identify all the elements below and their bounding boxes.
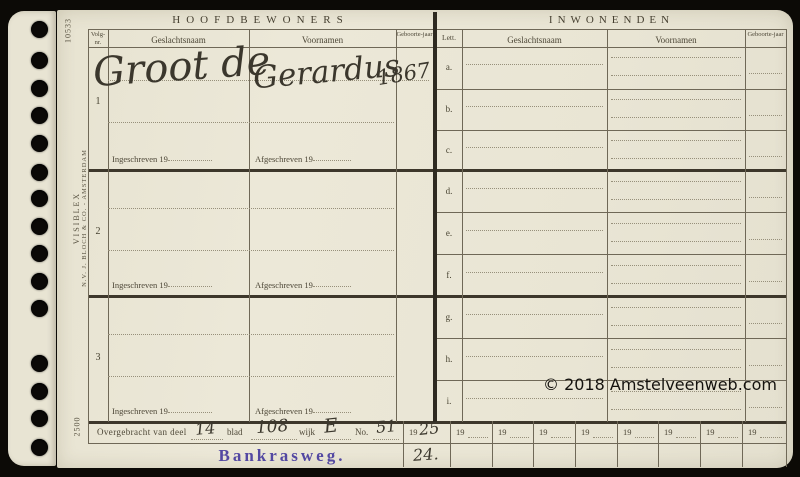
- year-cell-label: 19: [409, 427, 418, 437]
- row-number: 2: [88, 226, 108, 237]
- punch-hole: [31, 355, 48, 372]
- dotted-rule: [749, 365, 782, 366]
- dotted-rule: [108, 208, 394, 209]
- lodger-letter: i.: [436, 396, 462, 406]
- col-header-voornamen: Voornamen: [249, 35, 396, 45]
- lodger-letter: b.: [436, 104, 462, 114]
- grid-line: [492, 421, 493, 467]
- dotted-rule: [313, 286, 351, 287]
- lodger-letter: g.: [436, 312, 462, 322]
- punch-hole: [31, 300, 48, 317]
- dotted-rule: [168, 412, 212, 413]
- ingeschreven-text: Ingeschreven 19: [112, 280, 168, 290]
- grid-line: [403, 421, 404, 467]
- dotted-rule: [108, 122, 394, 123]
- lodger-letter: f.: [436, 270, 462, 280]
- copyright-watermark: © 2018 Amstelveenweb.com: [543, 375, 777, 394]
- dotted-rule: [108, 250, 394, 251]
- lodger-letter: a.: [436, 62, 462, 72]
- grid-line: [433, 338, 786, 339]
- dotted-rule: [611, 117, 741, 118]
- dotted-rule: [611, 307, 741, 308]
- grid-line: [88, 29, 786, 30]
- punch-hole: [31, 52, 48, 69]
- registration-card: 10533 VISIBLEX N.V. J. BLOCH & CO. - AMS…: [57, 10, 793, 468]
- grid-line: [88, 169, 786, 172]
- row-number: 3: [88, 352, 108, 363]
- dotted-rule: [611, 199, 741, 200]
- dotted-rule: [319, 439, 351, 440]
- transfer-label-no: No.: [355, 427, 368, 437]
- grid-line: [396, 29, 397, 422]
- dotted-rule: [168, 160, 212, 161]
- dotted-rule: [611, 409, 741, 410]
- col-header-volgnr: Volg-nr.: [88, 31, 108, 46]
- lodger-letter: d.: [436, 186, 462, 196]
- dotted-rule: [749, 73, 782, 74]
- dotted-rule: [718, 437, 738, 438]
- grid-line: [700, 421, 701, 467]
- printer-imprint: VISIBLEX N.V. J. BLOCH & CO. - AMSTERDAM: [72, 133, 88, 303]
- serial-number: 10533: [64, 6, 73, 56]
- afgeschreven-text: Afgeschreven 19: [255, 406, 313, 416]
- dotted-rule: [466, 230, 603, 231]
- dotted-rule: [611, 158, 741, 159]
- dotted-rule: [611, 265, 741, 266]
- handwritten-deel: 14: [194, 418, 216, 439]
- dotted-rule: [611, 75, 741, 76]
- year-cell-label: 19: [706, 427, 715, 437]
- dotted-rule: [373, 439, 399, 440]
- dotted-rule: [760, 437, 782, 438]
- dotted-rule: [466, 106, 603, 107]
- dotted-rule: [611, 223, 741, 224]
- dotted-rule: [108, 334, 394, 335]
- printer-name: N.V. J. BLOCH & CO. - AMSTERDAM: [81, 133, 88, 303]
- grid-line: [658, 421, 659, 467]
- dotted-rule: [466, 356, 603, 357]
- dotted-rule: [466, 147, 603, 148]
- dotted-rule: [749, 115, 782, 116]
- punch-hole: [31, 439, 48, 456]
- section-title-inwonenden: INWONENDEN: [437, 14, 786, 26]
- dotted-rule: [749, 156, 782, 157]
- print-run-number: 2500: [73, 407, 82, 447]
- afgeschreven-label: Afgeschreven 19: [255, 280, 351, 290]
- year-cell-label: 19: [539, 427, 548, 437]
- dotted-rule: [466, 64, 603, 65]
- binder-strip: [8, 11, 56, 466]
- dotted-rule: [676, 437, 696, 438]
- punch-hole: [31, 245, 48, 262]
- year-cell-label: 19: [581, 427, 590, 437]
- afgeschreven-text: Afgeschreven 19: [255, 154, 313, 164]
- ingeschreven-label: Ingeschreven 19: [112, 280, 212, 290]
- grid-line: [433, 212, 786, 213]
- afgeschreven-label: Afgeschreven 19: [255, 154, 351, 164]
- dotted-rule: [611, 349, 741, 350]
- dotted-rule: [635, 437, 654, 438]
- grid-line: [533, 421, 534, 467]
- grid-line: [742, 421, 743, 467]
- dotted-rule: [749, 239, 782, 240]
- printer-brand: VISIBLEX: [72, 133, 81, 303]
- punch-hole: [31, 164, 48, 181]
- lodger-letter: e.: [436, 228, 462, 238]
- dotted-rule: [466, 314, 603, 315]
- grid-line: [786, 29, 787, 467]
- dotted-rule: [108, 376, 394, 377]
- handwritten-year-24: 24.: [412, 444, 439, 465]
- year-cell-label: 19: [664, 427, 673, 437]
- grid-line: [433, 130, 786, 131]
- section-title-hoofdbewoners: HOOFDBEWONERS: [88, 14, 433, 26]
- afgeschreven-text: Afgeschreven 19: [255, 280, 313, 290]
- punch-hole: [31, 190, 48, 207]
- grid-line: [433, 89, 786, 90]
- dotted-rule: [313, 412, 351, 413]
- dotted-rule: [749, 281, 782, 282]
- scanned-register-card: 10533 VISIBLEX N.V. J. BLOCH & CO. - AMS…: [0, 0, 800, 477]
- dotted-rule: [611, 99, 741, 100]
- year-cell-label: 19: [456, 427, 465, 437]
- year-cell-label: 19: [498, 427, 507, 437]
- handwritten-wijk: E: [323, 414, 339, 437]
- dotted-rule: [466, 398, 603, 399]
- ingeschreven-label: Ingeschreven 19: [112, 406, 212, 416]
- ingeschreven-text: Ingeschreven 19: [112, 406, 168, 416]
- handwritten-blad: 108: [255, 416, 289, 438]
- dotted-rule: [611, 140, 741, 141]
- handwritten-year-25: 25: [418, 418, 440, 439]
- dotted-rule: [466, 188, 603, 189]
- punch-hole: [31, 383, 48, 400]
- dotted-rule: [466, 272, 603, 273]
- dotted-rule: [611, 367, 741, 368]
- punch-hole: [31, 107, 48, 124]
- dotted-rule: [468, 437, 488, 438]
- col-header-geboortejaar: Geboorte-jaar: [396, 31, 433, 39]
- dotted-rule: [593, 437, 613, 438]
- punch-hole: [31, 273, 48, 290]
- dotted-rule: [611, 57, 741, 58]
- dotted-rule: [551, 437, 571, 438]
- transfer-label-deel: Overgebracht van deel: [97, 427, 187, 437]
- col-header-geboortejaar-2: Geboorte-jaar: [745, 31, 786, 39]
- grid-line: [433, 254, 786, 255]
- dotted-rule: [611, 241, 741, 242]
- dotted-rule: [611, 325, 741, 326]
- dotted-rule: [251, 439, 297, 440]
- dotted-rule: [191, 439, 223, 440]
- dotted-rule: [611, 181, 741, 182]
- dotted-rule: [611, 283, 741, 284]
- ingeschreven-label: Ingeschreven 19: [112, 154, 212, 164]
- grid-line: [462, 29, 463, 422]
- dotted-rule: [749, 323, 782, 324]
- dotted-rule: [749, 197, 782, 198]
- punch-hole: [31, 80, 48, 97]
- lodger-letter: c.: [436, 145, 462, 155]
- grid-line: [575, 421, 576, 467]
- col-header-geslachtsnaam-2: Geslachtsnaam: [462, 35, 607, 45]
- year-cell-label: 19: [623, 427, 632, 437]
- ingeschreven-text: Ingeschreven 19: [112, 154, 168, 164]
- punch-hole: [31, 410, 48, 427]
- grid-line: [607, 29, 608, 422]
- punch-hole: [31, 21, 48, 38]
- grid-line: [249, 29, 250, 422]
- col-header-lett: Lett.: [436, 34, 462, 42]
- grid-line: [745, 29, 746, 422]
- dotted-rule: [749, 407, 782, 408]
- transfer-label-blad: blad: [227, 427, 243, 437]
- col-header-voornamen-2: Voornamen: [607, 35, 745, 45]
- transfer-label-wijk: wijk: [299, 427, 315, 437]
- dotted-rule: [510, 437, 529, 438]
- grid-line: [450, 421, 451, 467]
- grid-line: [88, 295, 786, 298]
- handwritten-no: 51: [375, 416, 397, 437]
- row-number: 1: [88, 96, 108, 107]
- punch-hole: [31, 218, 48, 235]
- street-stamp: Bankrasweg.: [177, 446, 387, 466]
- year-cell-label: 19: [748, 427, 757, 437]
- grid-line: [617, 421, 618, 467]
- punch-hole: [31, 135, 48, 152]
- dotted-rule: [168, 286, 212, 287]
- lodger-letter: h.: [436, 354, 462, 364]
- dotted-rule: [313, 160, 351, 161]
